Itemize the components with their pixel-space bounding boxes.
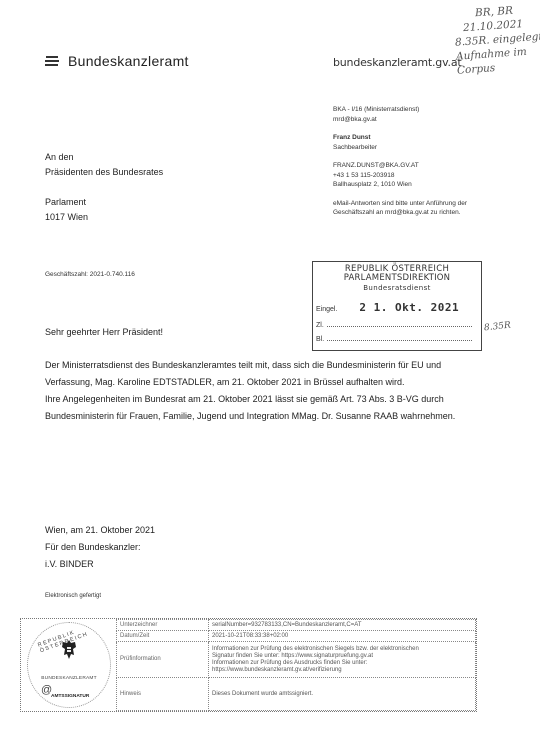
flag-stripes-icon — [45, 56, 59, 66]
table-row: Hinweis Dieses Dokument wurde amtssignie… — [117, 678, 476, 711]
contact-email: FRANZ.DUNST@BKA.GV.AT — [333, 161, 467, 171]
contact-phone: +43 1 53 115-203918 — [333, 171, 467, 181]
handwritten-note: BR, BR 21.10.2021 8.35R. eingelegt Aufna… — [445, 2, 540, 79]
zl-annotation: 8.35R — [483, 319, 511, 336]
received-label: Eingel. — [316, 306, 337, 313]
row-key: Hinweis — [117, 678, 209, 711]
official-seal: REPUBLIK ÖSTERREICH BUNDESKANZLERAMT @ A… — [27, 622, 111, 708]
paragraph: Ihre Angelegenheiten im Bundesrat am 21.… — [45, 391, 465, 425]
stamp-bl-row: Bl. — [316, 336, 472, 343]
website-url: bundeskanzleramt.gv.at — [333, 56, 461, 69]
department-email: mrd@bka.gv.at — [333, 115, 467, 125]
contact-role: Sachbearbeiter — [333, 143, 467, 153]
place-date: Wien, am 21. Oktober 2021 — [45, 522, 155, 539]
recipient-line: Präsidenten des Bundesrates — [45, 165, 163, 180]
department: BKA - I/16 (Ministerratsdienst) — [333, 105, 467, 115]
table-row: Prüfinformation Informationen zur Prüfun… — [117, 642, 476, 678]
organization-logo: Bundeskanzleramt — [45, 53, 189, 69]
paragraph: Der Ministerratsdienst des Bundeskanzler… — [45, 357, 465, 391]
recipient-address: An den Präsidenten des Bundesrates Parla… — [45, 150, 163, 225]
table-row: Datum/Zeit 2021-10-21T08:33:38+02:00 — [117, 631, 476, 642]
row-key: Unterzeichner — [117, 620, 209, 631]
seal-agency: BUNDESKANZLERAMT — [27, 676, 111, 681]
organization-name: Bundeskanzleramt — [68, 53, 189, 69]
row-key: Prüfinformation — [117, 642, 209, 678]
letter-body: Der Ministerratsdienst des Bundeskanzler… — [45, 357, 465, 425]
recipient-line: An den — [45, 150, 163, 165]
zl-label: Zl. — [316, 322, 324, 329]
stamp-line: Bundesratsdienst — [313, 283, 481, 293]
stamp-line: PARLAMENTSDIREKTION — [313, 274, 481, 283]
table-row: Unterzeichner serialNumber=932783133,CN=… — [117, 620, 476, 631]
recipient-line: Parlament — [45, 195, 163, 210]
reply-note: eMail-Antworten sind bitte unter Anführu… — [333, 199, 467, 209]
seal-label: AMTSSIGNATUR — [51, 694, 89, 699]
signatory: i.V. BINDER — [45, 556, 155, 573]
signature-block: REPUBLIK ÖSTERREICH BUNDESKANZLERAMT @ A… — [20, 618, 477, 712]
row-value: Dieses Dokument wurde amtssigniert. — [209, 678, 476, 711]
sender-info: BKA - I/16 (Ministerratsdienst) mrd@bka.… — [333, 105, 467, 218]
contact-name: Franz Dunst — [333, 133, 467, 143]
received-stamp: REPUBLIK ÖSTERREICH PARLAMENTSDIREKTION … — [312, 261, 482, 351]
stamp-zl-row: Zl. — [316, 322, 472, 329]
row-value: Informationen zur Prüfung des elektronis… — [209, 642, 476, 678]
closing-block: Wien, am 21. Oktober 2021 Für den Bundes… — [45, 522, 155, 573]
reference-number: Geschäftszahl: 2021-0.740.116 — [45, 271, 135, 278]
contact-address: Ballhausplatz 2, 1010 Wien — [333, 180, 467, 190]
electronic-note: Elektronisch gefertigt — [45, 593, 101, 599]
reply-note: Geschäftszahl an mrd@bka.gv.at zu richte… — [333, 208, 467, 218]
received-date: 2 1. Okt. 2021 — [359, 301, 459, 314]
bl-label: Bl. — [316, 336, 324, 343]
row-value: 2021-10-21T08:33:38+02:00 — [209, 631, 476, 642]
salutation: Sehr geehrter Herr Präsident! — [45, 327, 163, 337]
recipient-line: 1017 Wien — [45, 210, 163, 225]
row-key: Datum/Zeit — [117, 631, 209, 642]
stamp-received-row: Eingel. 2 1. Okt. 2021 — [316, 301, 459, 314]
row-value: serialNumber=932783133,CN=Bundeskanzlera… — [209, 620, 476, 631]
austrian-eagle-icon — [60, 638, 78, 660]
signature-table: Unterzeichner serialNumber=932783133,CN=… — [116, 619, 476, 711]
closing: Für den Bundeskanzler: — [45, 539, 155, 556]
